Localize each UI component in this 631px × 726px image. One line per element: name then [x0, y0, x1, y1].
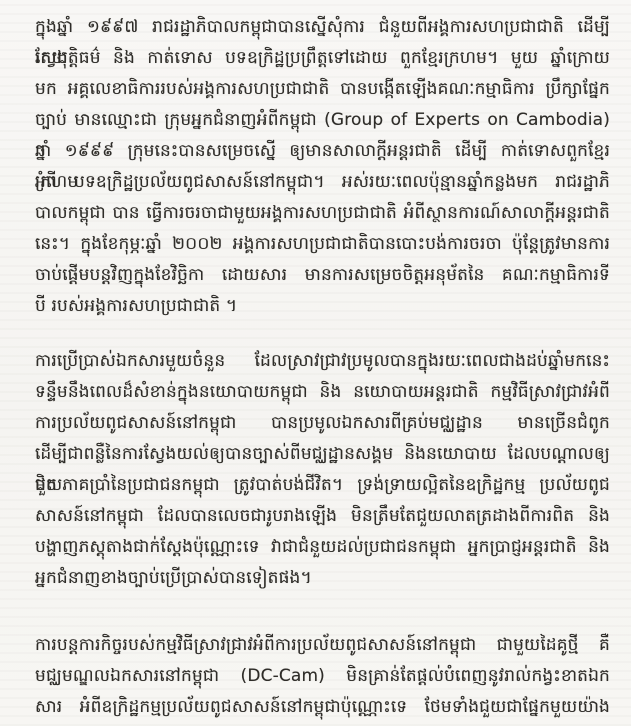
text-line: បាលកម្ពុជា បាន ធ្វើការចរចាជាមួយអង្គការសហ…	[35, 198, 610, 229]
text-line: ការប្រល័យពូជសាសន៍នៅកម្ពុជា បានប្រមូលឯកសា…	[35, 408, 610, 439]
text-line: រកយុត្តិធម៌ និង កាត់ទោស បទឧក្រិដ្ឋប្រព្រ…	[35, 43, 610, 74]
paragraph-2: ការប្រើប្រាស់ឯកសារមួយចំនួន ដែលស្រាវជ្រាវ…	[0, 322, 631, 594]
text-line: មជ្ឈមណ្ឌលឯកសារនៅកម្ពុជា (DC-Cam) មិនគ្រា…	[35, 661, 610, 692]
text-line: ឆ្នាំ ១៩៩៩ ក្រុមនេះបានសម្រេចស្នើ ឲ្យមានស…	[35, 136, 610, 167]
paragraph-3: ការបន្តការកិច្ចរបស់កម្មវិធីស្រាវជ្រាវអំព…	[0, 594, 631, 723]
text-line: បង្ហាញភស្តុតាងជាក់ស្តែងប៉ុណ្ណោះទេ វាជាជំ…	[35, 532, 610, 563]
text-line: ដើម្បីជាពន្លឺនៃការស្វែងយល់ឲ្យបានច្បាស់ពី…	[35, 439, 610, 470]
text-line: អ្នកជំនាញខាងច្បាប់ប្រើប្រាស់បានទៀតផង។	[35, 563, 610, 594]
text-line: ទន្ទឹមនឹងពេលដ៏សំខាន់ក្នុងនយោបាយកម្ពុជា ន…	[35, 377, 610, 408]
text-line: ការបន្តការកិច្ចរបស់កម្មវិធីស្រាវជ្រាវអំព…	[35, 630, 610, 661]
text-line: មក អគ្គលេខាធិការរបស់អង្គការសហប្រជាជាតិ ប…	[35, 74, 610, 105]
text-line: សារ អំពីឧក្រិដ្ឋកម្មប្រល័យពូជសាសន៍នៅកម្ព…	[35, 692, 610, 723]
text-line: នេះ។ ក្នុងខែកុម្ភៈឆ្នាំ ២០០២ អង្គការសហប្…	[35, 229, 610, 260]
text-line: បី របស់អង្គការសហប្រជាជាតិ ។	[35, 291, 610, 322]
text-line: ចាប់ផ្តើមបន្តវិញក្នុងខែវិច្ឆិកា ដោយសារ ម…	[35, 260, 610, 291]
document-page: ក្នុងឆ្នាំ ១៩៩៧ រាជរដ្ឋាភិបាលកម្ពុជាបានស…	[0, 0, 631, 726]
text-line: ការប្រើប្រាស់ឯកសារមួយចំនួន ដែលស្រាវជ្រាវ…	[35, 346, 610, 377]
text-line: សាសន៍នៅកម្ពុជា ដែលបានលេចជារូបរាងឡើង មិនត…	[35, 501, 610, 532]
text-line: អំពី បទឧក្រិដ្ឋប្រល័យពូជសាសន៍នៅកម្ពុជា។ …	[35, 167, 610, 198]
text-line: ក្នុងឆ្នាំ ១៩៩៧ រាជរដ្ឋាភិបាលកម្ពុជាបានស…	[35, 12, 610, 43]
text-line: មួយភាគប្រាំនៃប្រជាជនកម្ពុជា ត្រូវបាត់បង់…	[35, 470, 610, 501]
text-line: ច្បាប់ មានឈ្មោះជា ក្រុមអ្នកជំនាញអំពីកម្ព…	[35, 105, 610, 136]
paragraph-1: ក្នុងឆ្នាំ ១៩៩៧ រាជរដ្ឋាភិបាលកម្ពុជាបានស…	[0, 0, 631, 322]
